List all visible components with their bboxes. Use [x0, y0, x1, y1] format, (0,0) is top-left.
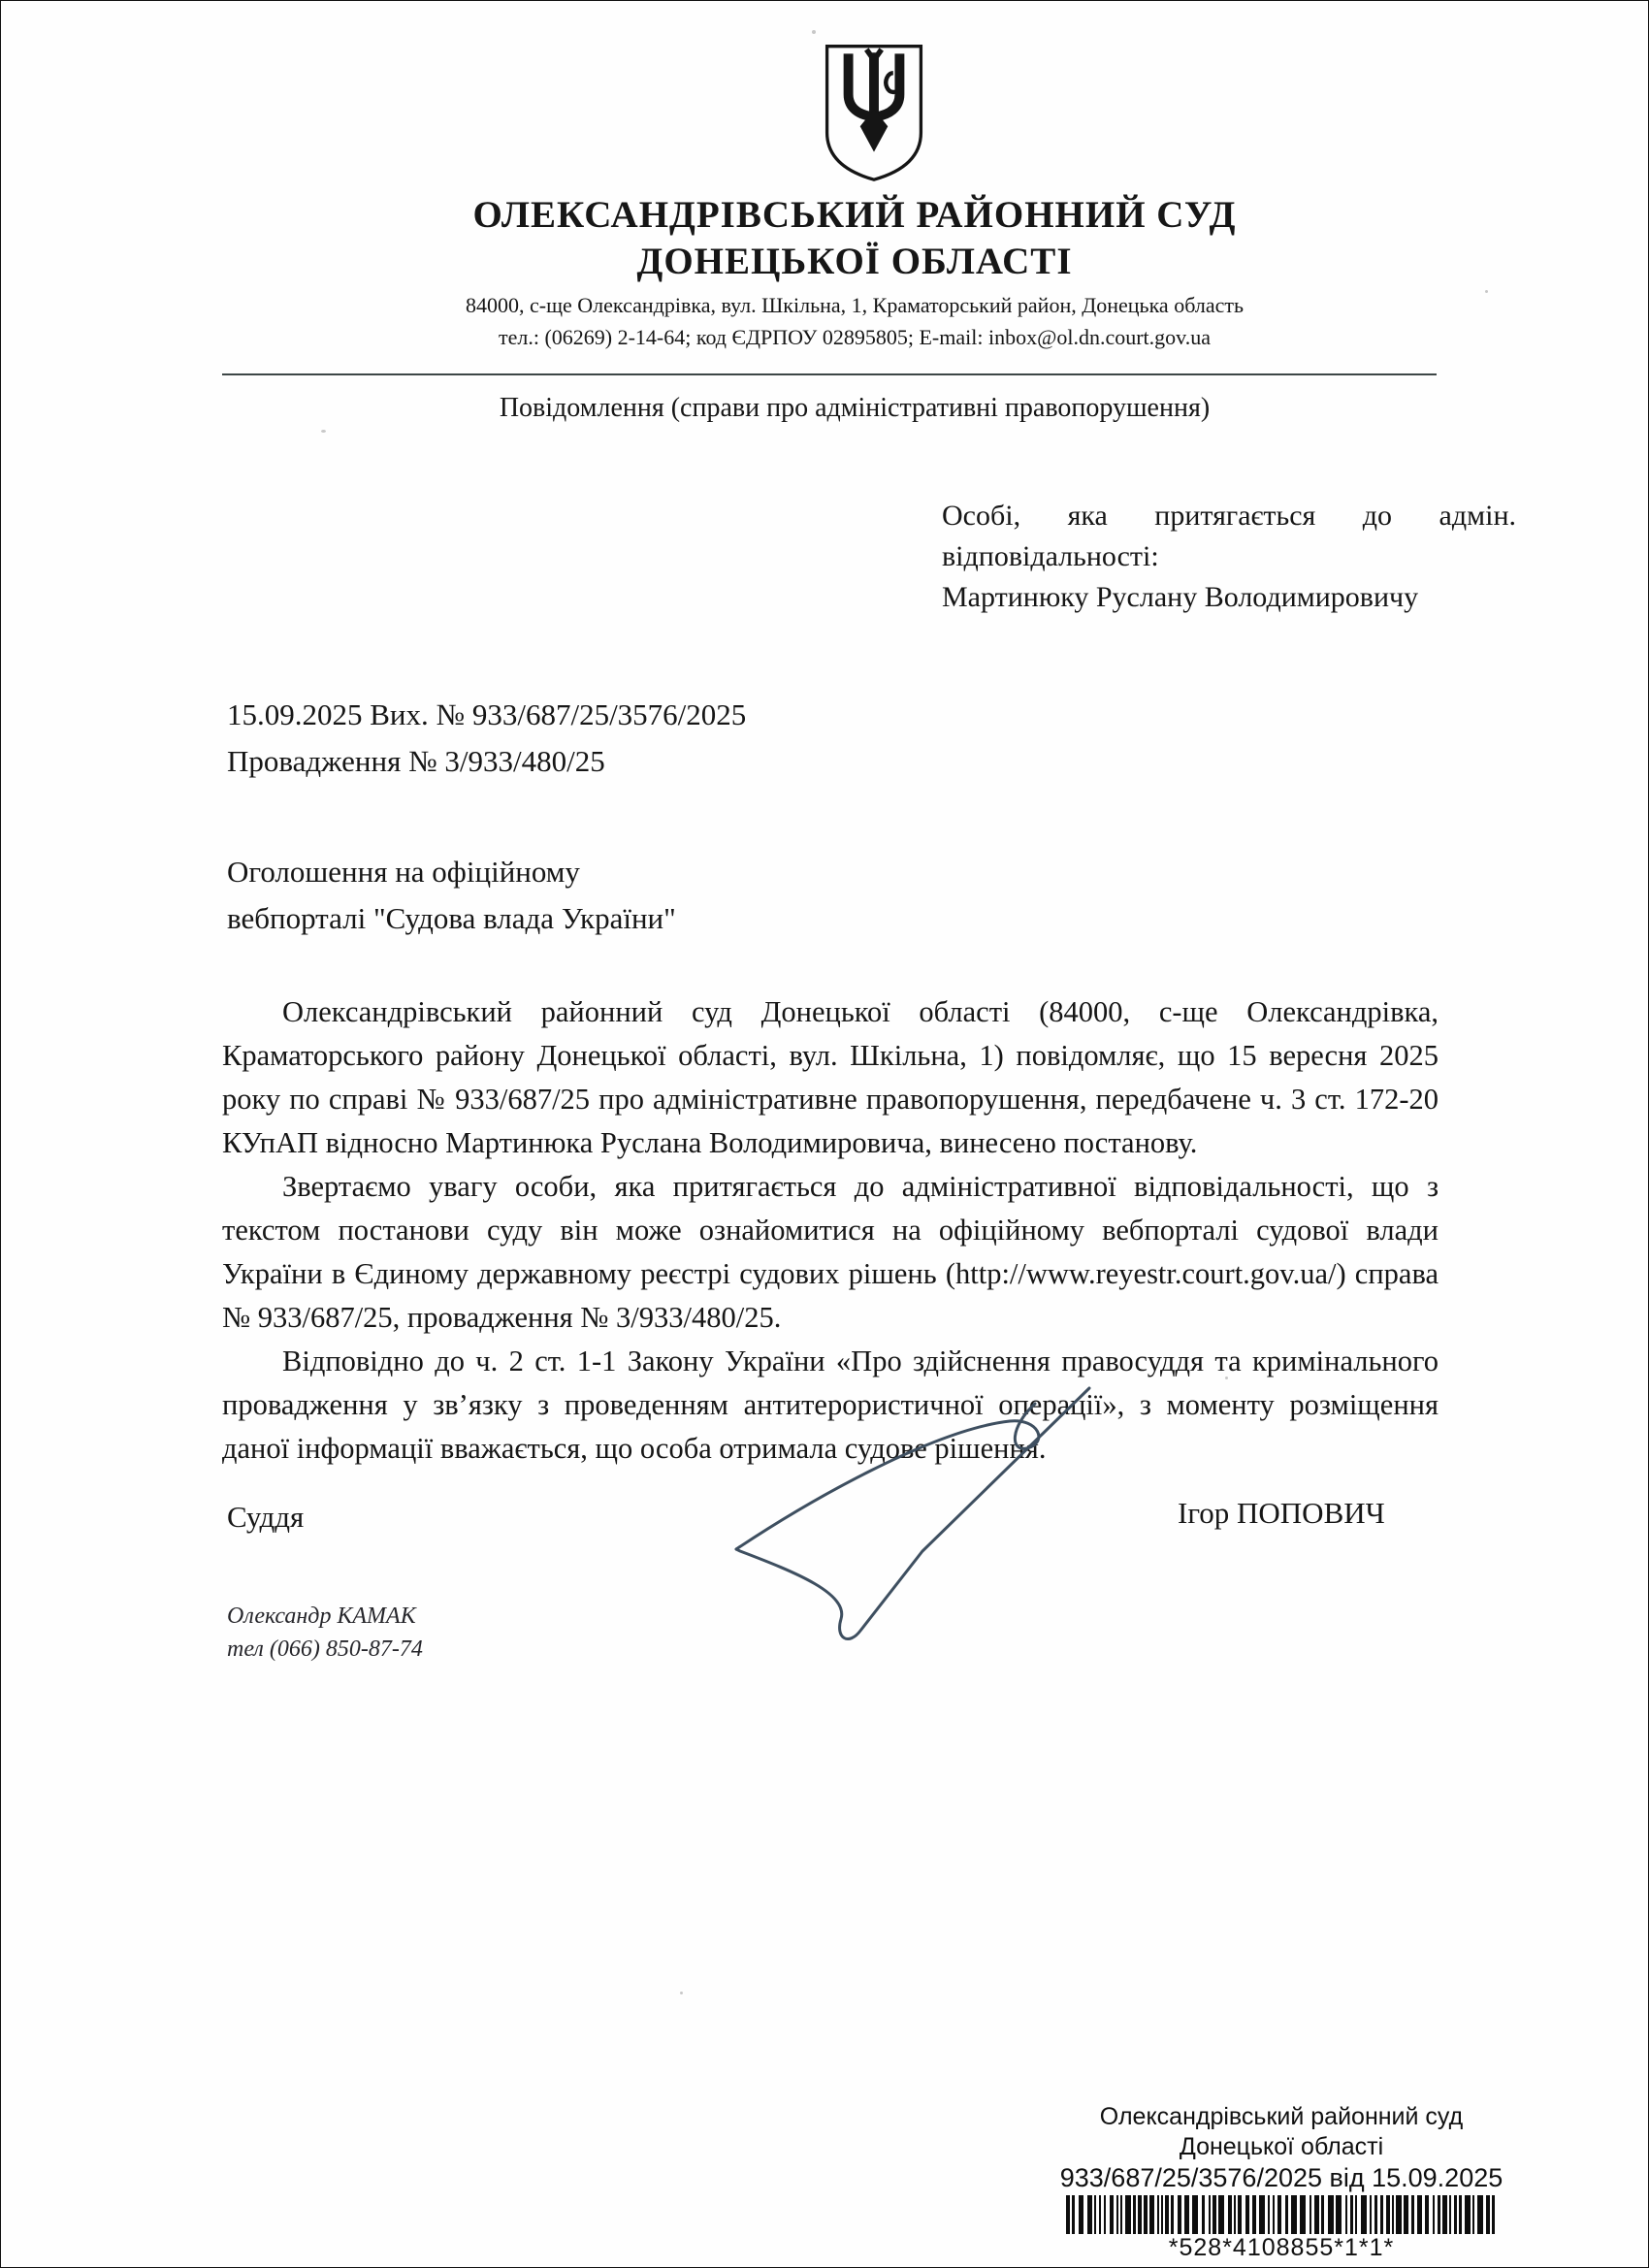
- scan-speck: [680, 1992, 683, 1994]
- scan-speck: [812, 30, 816, 34]
- barcode-bar: [1079, 2195, 1083, 2234]
- barcode-bar: [1433, 2195, 1435, 2234]
- barcode-court-line2: Донецької області: [1049, 2132, 1514, 2162]
- announcement-line2: вебпорталі "Судова влада України": [227, 895, 676, 942]
- outgoing-number: 15.09.2025 Вих. № 933/687/25/3576/2025: [227, 692, 746, 738]
- barcode-bar: [1404, 2195, 1408, 2234]
- addressee-block: Особі, яка притягається до адмін. відпов…: [942, 496, 1516, 618]
- barcode-bar: [1392, 2195, 1394, 2234]
- announcement-block: Оголошення на офіційному вебпорталі "Суд…: [227, 849, 676, 942]
- barcode-bar: [1161, 2195, 1163, 2234]
- header-divider: [222, 373, 1437, 375]
- barcode-bar: [1209, 2195, 1211, 2234]
- barcode-bar: [1442, 2195, 1447, 2234]
- barcode-bar: [1425, 2195, 1429, 2234]
- barcode-bar: [1234, 2195, 1236, 2234]
- barcode-bar: [1245, 2195, 1249, 2234]
- barcode-bar: [1370, 2195, 1372, 2234]
- barcode-bar: [1374, 2195, 1377, 2234]
- barcode-bar: [1273, 2195, 1275, 2234]
- barcode-bar: [1328, 2195, 1334, 2234]
- barcode-bar: [1138, 2195, 1142, 2234]
- barcode-bar: [1472, 2195, 1474, 2234]
- barcode-bar: [1110, 2195, 1114, 2234]
- barcode-bar: [1087, 2195, 1092, 2234]
- court-name-line1: ОЛЕКСАНДРІВСЬКИЙ РАЙОННИЙ СУД: [59, 193, 1649, 238]
- barcode-reference: 933/687/25/3576/2025 від 15.09.2025: [1049, 2162, 1514, 2194]
- barcode-bar: [1486, 2195, 1490, 2234]
- court-name-line2: ДОНЕЦЬКОЇ ОБЛАСТІ: [59, 240, 1649, 284]
- barcode-bar: [1157, 2195, 1159, 2234]
- body-paragraph: Звертаємо увагу особи, яка притягається …: [222, 1165, 1439, 1340]
- barcode-bar: [1277, 2195, 1281, 2234]
- court-address: 84000, с-ще Олександрівка, вул. Шкільна,…: [59, 291, 1649, 320]
- reference-block: 15.09.2025 Вих. № 933/687/25/3576/2025 П…: [227, 692, 746, 785]
- barcode-bar: [1459, 2195, 1462, 2234]
- barcode-bar: [1192, 2195, 1198, 2234]
- barcode-bar: [1321, 2195, 1324, 2234]
- barcode-bar: [1350, 2195, 1353, 2234]
- barcode-bar: [1411, 2195, 1414, 2234]
- assistant-name: Олександр КАМАК: [227, 1600, 423, 1633]
- barcode-bar: [1238, 2195, 1242, 2234]
- barcode-bar: [1355, 2195, 1357, 2234]
- barcode-block: Олександрівський районний суд Донецької …: [1049, 2102, 1514, 2261]
- barcode-court-line1: Олександрівський районний суд: [1049, 2102, 1514, 2132]
- barcode-bar: [1361, 2195, 1367, 2234]
- barcode-bar: [1314, 2195, 1319, 2234]
- barcode-bar: [1218, 2195, 1224, 2234]
- addressee-line2: відповідальності:: [942, 536, 1516, 577]
- barcode-bar: [1345, 2195, 1347, 2234]
- barcode-bar: [1252, 2195, 1256, 2234]
- scan-speck: [1485, 290, 1488, 293]
- barcode-bar: [1309, 2195, 1311, 2234]
- barcode-bar: [1449, 2195, 1451, 2234]
- barcode-bar: [1072, 2195, 1075, 2234]
- assistant-phone: тел (066) 850-87-74: [227, 1633, 423, 1666]
- barcode-image: [1049, 2195, 1514, 2234]
- barcode-bar: [1125, 2195, 1131, 2234]
- judge-label: Суддя: [227, 1500, 304, 1535]
- barcode-bar: [1094, 2195, 1096, 2234]
- barcode-bar: [1171, 2195, 1174, 2234]
- barcode-bar: [1259, 2195, 1265, 2234]
- barcode-bar: [1386, 2195, 1390, 2234]
- addressee-name: Мартинюку Руслану Володимировичу: [942, 577, 1516, 618]
- proceeding-number: Провадження № 3/933/480/25: [227, 738, 746, 785]
- barcode-bar: [1178, 2195, 1181, 2234]
- addressee-line1: Особі, яка притягається до адмін.: [942, 496, 1516, 536]
- barcode-bar: [1417, 2195, 1422, 2234]
- barcode-bar: [1291, 2195, 1297, 2234]
- barcode-bar: [1099, 2195, 1101, 2234]
- court-contacts: тел.: (06269) 2-14-64; код ЄДРПОУ 028958…: [59, 323, 1649, 352]
- scan-speck: [321, 430, 326, 433]
- document-subject: Повідомлення (справи про адміністративні…: [59, 393, 1649, 424]
- scan-speck: [1225, 1377, 1228, 1379]
- barcode-bar: [1116, 2195, 1118, 2234]
- judge-name: Ігор ПОПОВИЧ: [1178, 1496, 1385, 1531]
- barcode-bar: [1104, 2195, 1106, 2234]
- barcode-bar: [1438, 2195, 1440, 2234]
- barcode-bar: [1202, 2195, 1205, 2234]
- barcode-bar: [1066, 2195, 1070, 2234]
- barcode-bar: [1336, 2195, 1342, 2234]
- assistant-block: Олександр КАМАК тел (066) 850-87-74: [227, 1600, 423, 1666]
- barcode-bar: [1133, 2195, 1136, 2234]
- barcode-bar: [1477, 2195, 1483, 2234]
- barcode-bar: [1380, 2195, 1383, 2234]
- barcode-bar: [1228, 2195, 1232, 2234]
- barcode-bar: [1165, 2195, 1169, 2234]
- barcode-bar: [1184, 2195, 1189, 2234]
- handwritten-signature: [719, 1386, 1146, 1668]
- barcode-bar: [1285, 2195, 1288, 2234]
- scanned-document-page: ОЛЕКСАНДРІВСЬКИЙ РАЙОННИЙ СУД ДОНЕЦЬКОЇ …: [0, 0, 1649, 2268]
- barcode-bar: [1465, 2195, 1471, 2234]
- barcode-bar: [1396, 2195, 1402, 2234]
- barcode-bar: [1144, 2195, 1148, 2234]
- barcode-bar: [1120, 2195, 1122, 2234]
- barcode-bar: [1268, 2195, 1270, 2234]
- barcode-bar: [1492, 2195, 1495, 2234]
- barcode-bar: [1149, 2195, 1154, 2234]
- body-paragraph: Олександрівський районний суд Донецької …: [222, 990, 1439, 1165]
- barcode-bar: [1300, 2195, 1306, 2234]
- barcode-bar: [1212, 2195, 1216, 2234]
- barcode-bar: [1454, 2195, 1457, 2234]
- barcode-code-text: *528*4108855*1*1*: [1049, 2234, 1514, 2261]
- announcement-line1: Оголошення на офіційному: [227, 849, 676, 895]
- ukraine-trident-emblem-icon: [821, 42, 927, 185]
